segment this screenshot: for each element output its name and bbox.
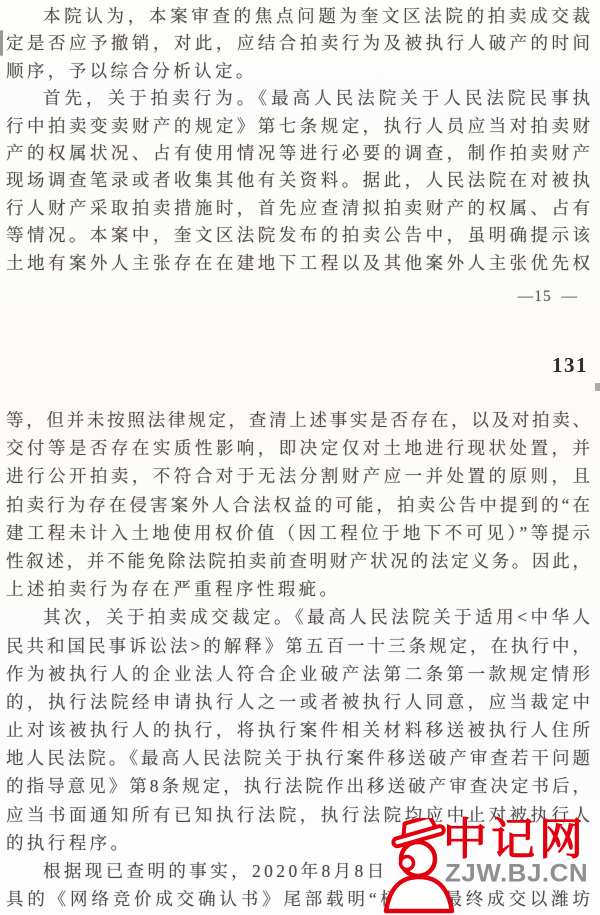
- scan-edge-artifact-right: [595, 383, 600, 391]
- watermark-brand-text: 中记网: [443, 818, 595, 862]
- text-line: 民共和国民事诉讼法>的解释》第五百一十三条规定，在执行中，: [6, 632, 590, 660]
- text-line: 土地有案外人主张存在在建地下工程以及其他案外人主张优先权: [6, 250, 590, 277]
- text-line: 等情况。本案中，奎文区法院发布的拍卖公告中，虽明确提示该: [6, 222, 590, 249]
- text-line: 顺序，予以综合分析认定。: [6, 58, 590, 85]
- text-line: 的指导意见》第8条规定，执行法院作出移送破产审查决定书后，: [6, 772, 590, 800]
- text-line: 首先，关于拍卖行为。《最高人民法院关于人民法院民事执: [6, 85, 590, 112]
- watermark-url-text: ZJW.BJ.CN: [445, 861, 588, 886]
- page1-text-block: 本院认为，本案审查的焦点问题为奎文区法院的拍卖成交裁定是否应予撤销，对此，应结合…: [6, 3, 590, 277]
- text-line: 拍卖行为存在侵害案外人合法权益的可能，拍卖公告中提到的“在: [6, 491, 590, 519]
- text-line: 进行公开拍卖，不符合对于无法分割财产应一并处置的原则，且: [6, 462, 590, 490]
- text-line: 行人财产采取拍卖措施时，首先应查清拟拍卖财产的权属、占有: [6, 195, 590, 222]
- text-line: 止对该被执行人的执行，将执行案件相关材料移送被执行人住所: [6, 716, 590, 744]
- text-line: 的，执行法院经申请执行人之一或者被执行人同意，应当裁定中: [6, 688, 590, 716]
- text-line: 作为被执行人的企业法人符合企业破产法第二条第一款规定情形: [6, 660, 590, 688]
- text-line: 现场调查笔录或者收集其他有关资料。据此，人民法院在对被执: [6, 167, 590, 194]
- text-line: 交付等是否存在实质性影响，即决定仅对土地进行现状处置，并: [6, 434, 590, 462]
- text-line: 等，但并未按照法律规定，查清上述事实是否存在，以及对拍卖、: [6, 406, 590, 434]
- scanned-document: 本院认为，本案审查的焦点问题为奎文区法院的拍卖成交裁定是否应予撤销，对此，应结合…: [0, 0, 600, 915]
- scan-edge-artifact-left: [0, 30, 3, 56]
- zjw-watermark: 中记网 ZJW.BJ.CN: [381, 816, 597, 915]
- text-line: 性叙述，并不能免除法院拍卖前查明财产状况的法定义务。因此，: [6, 547, 590, 575]
- text-line: 产的权属状况、占有使用情况等进行必要的调查，制作拍卖财产: [6, 140, 590, 167]
- book-page-number: 131: [552, 353, 588, 378]
- text-line: 其次，关于拍卖成交裁定。《最高人民法院关于适用<中华人: [6, 603, 590, 631]
- text-line: 上述拍卖行为存在严重程序性瑕疵。: [6, 575, 590, 603]
- text-line: 行中拍卖变卖财产的规定》第七条规定，执行人员应当对拍卖财: [6, 113, 590, 140]
- text-line: 建工程未计入土地使用权价值（因工程位于地下不可见）”等提示: [6, 519, 590, 547]
- text-line: 定是否应予撤销，对此，应结合拍卖行为及被执行人破产的时间: [6, 30, 590, 57]
- text-line: 地人民法院。《最高人民法院关于执行案件移送破产审查若干问题: [6, 744, 590, 772]
- text-line: 本院认为，本案审查的焦点问题为奎文区法院的拍卖成交裁: [6, 3, 590, 30]
- page1-footer-number: —15 —: [518, 288, 578, 306]
